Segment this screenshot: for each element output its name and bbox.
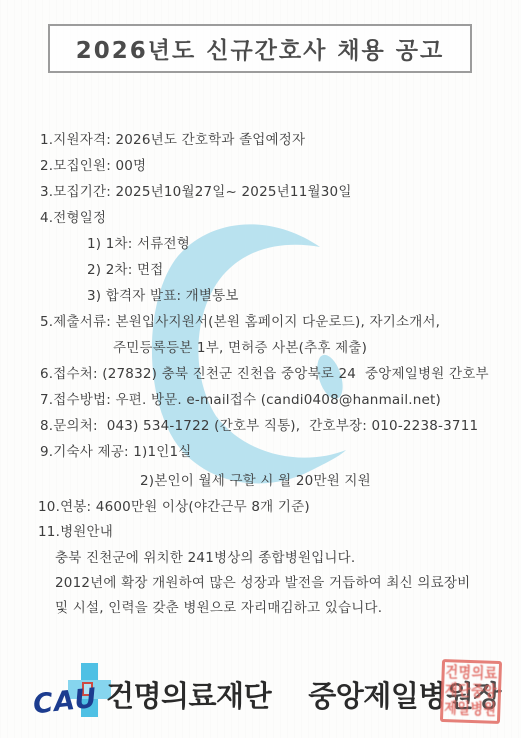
notice-title-box: 2026년도 신규간호사 채용 공고	[48, 24, 472, 73]
notice-line-hospital-info-1: 충북 진천군에 위치한 241병상의 종합병원입니다.	[55, 551, 355, 565]
notice-line-dormitory-cont: 2)본인이 월세 구할 시 월 20만원 지원	[140, 474, 371, 488]
seal-text-row: 제일병원	[444, 701, 497, 718]
notice-line-submission-address: 6.접수처: (27832) 충북 진천군 진천읍 중앙북로 24 중앙제일병원…	[40, 367, 489, 381]
notice-line-documents: 5.제출서류: 본원입사지원서(본원 홈페이지 다운로드), 자기소개서,	[40, 315, 440, 329]
notice-line-salary: 10.연봉: 4600만원 이상(야간근무 8개 기준)	[38, 500, 310, 514]
footer: CAU 건명의료재단 중앙제일병원장 건명의료 재단중앙 제일병원	[0, 650, 521, 738]
document-page: 2026년도 신규간호사 채용 공고 1.지원자격: 2026년도 간호학과 졸…	[0, 0, 521, 738]
notice-line-result-announcement: 3) 합격자 발표: 개별통보	[87, 289, 239, 303]
notice-line-recruit-period: 3.모집기간: 2025년10월27일~ 2025년11월30일	[40, 185, 352, 199]
notice-line-hospital-info-3: 및 시설, 인력을 갖춘 병원으로 자리매김하고 있습니다.	[55, 601, 382, 615]
seal-text-row: 건명의료	[445, 665, 498, 682]
notice-line-round2: 2) 2차: 면접	[87, 263, 164, 277]
notice-line-headcount: 2.모집인원: 00명	[40, 159, 146, 173]
notice-line-contact: 8.문의처: 043) 534-1722 (간호부 직통), 간호부장: 010…	[40, 419, 478, 433]
seal-text-row: 재단중앙	[445, 683, 498, 700]
notice-title: 2026년도 신규간호사 채용 공고	[76, 32, 444, 65]
notice-line-round1: 1) 1차: 서류전형	[87, 237, 190, 251]
notice-line-documents-cont: 주민등록등본 1부, 면허증 사본(추후 제출)	[113, 341, 367, 355]
notice-line-hospital-info-2: 2012년에 확장 개원하여 많은 성장과 발전을 거듭하여 최신 의료장비	[55, 576, 470, 590]
notice-line-applicant-qualification: 1.지원자격: 2026년도 간호학과 졸업예정자	[40, 133, 305, 147]
notice-line-dormitory: 9.기숙사 제공: 1)1인1실	[40, 445, 192, 459]
notice-line-submission-method: 7.접수방법: 우편. 방문. e-mail접수 (candi0408@hanm…	[40, 393, 441, 407]
notice-line-selection-schedule: 4.전형일정	[40, 211, 106, 225]
official-seal: 건명의료 재단중앙 제일병원	[440, 659, 502, 724]
notice-line-hospital-info-heading: 11.병원안내	[38, 525, 113, 539]
